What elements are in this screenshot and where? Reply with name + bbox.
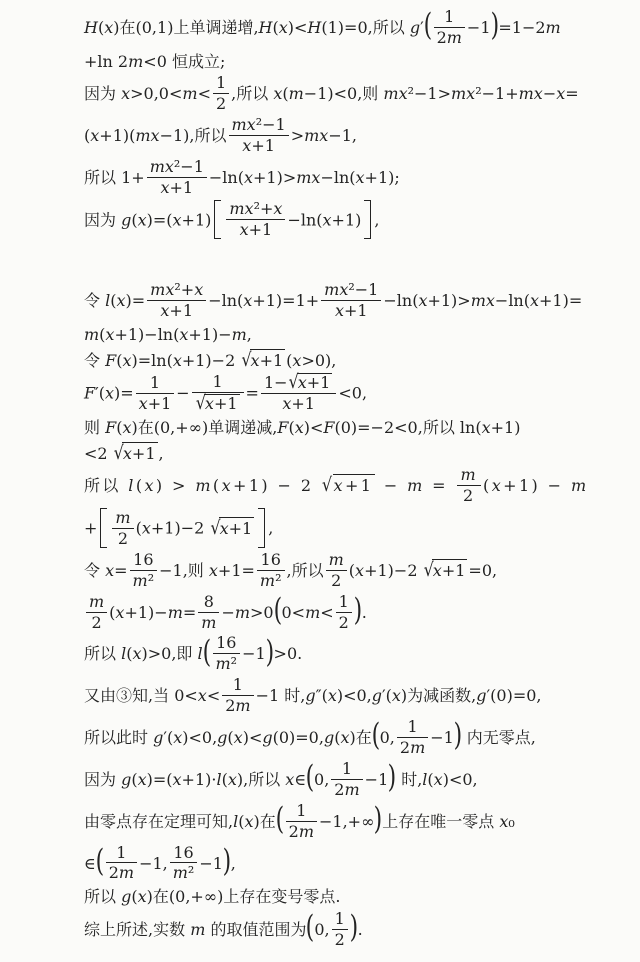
- math-text: 1: [233, 675, 243, 694]
- fraction: 12m: [397, 718, 428, 757]
- math-text: 2m: [225, 696, 250, 715]
- math-text: 1+: [121, 168, 145, 187]
- math-text: F(x)=: [105, 351, 151, 370]
- radical-sign: √: [289, 372, 299, 393]
- big-right-paren: ): [349, 913, 358, 943]
- big-left-paren: (: [202, 638, 211, 668]
- numerator: 1: [286, 802, 317, 822]
- big-left-paren: (: [273, 596, 282, 626]
- plain-text: 则: [362, 84, 383, 103]
- math-text: m: [89, 592, 104, 611]
- math-text: 1: [407, 717, 417, 736]
- math-text: ,: [268, 519, 273, 538]
- denominator: 2m: [331, 780, 362, 799]
- math-text: 0<m<: [281, 603, 333, 622]
- denominator: √x+1: [192, 393, 244, 413]
- math-text: g′(x)<0,g(x)<g(0)=0,g(x): [153, 728, 356, 747]
- numerator: 1: [222, 676, 253, 696]
- math-text: 2m: [437, 28, 462, 47]
- fraction: 16m²: [213, 634, 241, 673]
- math-text: F′(x)=: [84, 384, 134, 403]
- fraction: 1x+1: [136, 374, 175, 413]
- denominator: x+1: [136, 394, 175, 413]
- denominator: 2: [336, 613, 352, 632]
- math-text: 1: [335, 909, 345, 928]
- big-right-paren: ): [490, 11, 499, 41]
- math-text: 2: [335, 930, 345, 949]
- math-text: mx²−1: [324, 280, 378, 299]
- document-body: H(x)在(0,1)上单调递增,H(x)<H(1)=0,所以 g′(12m−1)…: [0, 0, 640, 962]
- denominator: 2m: [222, 696, 253, 715]
- math-text: 2: [91, 613, 101, 632]
- text-line: 则 F(x)在(0,+∞)单调递减,F(x)<F(0)=−2<0,所以 ln(x…: [84, 417, 600, 439]
- denominator: 2: [213, 94, 229, 113]
- numerator: mx²+x: [147, 281, 206, 301]
- numerator: 1: [332, 910, 348, 930]
- text-line: H(x)在(0,1)上单调递增,H(x)<H(1)=0,所以 g′(12m−1)…: [84, 9, 600, 48]
- big-right-bracket: [258, 508, 265, 548]
- math-text: =: [246, 384, 259, 403]
- fraction: 12: [332, 910, 348, 949]
- radicand: x+1: [219, 517, 255, 540]
- denominator: x+1: [321, 301, 381, 320]
- plain-text: 内无零点,: [462, 728, 536, 747]
- plain-text: 在: [356, 728, 372, 747]
- numerator: 1: [213, 74, 229, 94]
- big-right-bracket: [364, 200, 371, 240]
- math-text: (x+1)>mx−: [238, 168, 334, 187]
- big-right-paren: ): [223, 847, 232, 877]
- math-text: (x+1)>mx−: [412, 291, 508, 310]
- text-line: <2 √x+1,: [84, 442, 600, 465]
- plain-text: 因为: [84, 84, 121, 103]
- numerator: 16: [130, 551, 158, 571]
- math-text: F(x)<F(0)=−2<0,: [277, 418, 422, 437]
- square-root: √x+1: [241, 349, 285, 372]
- plain-text: 的取值范围为: [205, 920, 306, 939]
- denominator: 2: [112, 529, 133, 548]
- math-text: m(x+1)−: [84, 325, 158, 344]
- text-line: ∈(12m−1,16m²−1),: [84, 845, 600, 884]
- math-text: (x+1)=1+: [237, 291, 319, 310]
- denominator: m²: [170, 863, 198, 882]
- radical-sign: √: [210, 515, 220, 540]
- denominator: 2: [457, 486, 481, 505]
- math-text: m²: [260, 571, 282, 590]
- fraction: mx²−1x+1: [147, 158, 207, 197]
- math-text: −: [209, 168, 222, 187]
- fraction: 16m²: [170, 844, 198, 883]
- plain-text: 所以: [194, 126, 226, 145]
- math-text: x+1: [160, 301, 193, 320]
- math-text: x+1: [335, 301, 368, 320]
- big-right-paren: ): [353, 596, 362, 626]
- numerator: 16: [170, 844, 198, 864]
- math-text: 16: [216, 633, 236, 652]
- square-root: √x+1: [424, 559, 468, 582]
- math-text: g″(x)<0,g′(x): [305, 686, 407, 705]
- big-right-paren: ): [374, 805, 383, 835]
- text-line: 令 F(x)=ln(x+1)−2 √x+1(x>0),: [84, 349, 600, 372]
- math-text: 1: [216, 73, 226, 92]
- plain-text: 在: [260, 812, 276, 831]
- math-text: g′(0)=0,: [476, 686, 541, 705]
- radicand: x+1: [250, 349, 286, 372]
- math-text: m²: [173, 863, 195, 882]
- numerator: 1: [136, 374, 175, 394]
- fraction: 1−√x+1x+1: [261, 373, 336, 413]
- fraction: m2: [326, 551, 347, 590]
- math-text: x+1: [242, 136, 275, 155]
- fraction: mx²+xx+1: [147, 281, 206, 320]
- radical-sign: √: [424, 557, 434, 582]
- math-text: mx²−1: [232, 115, 286, 134]
- plain-text: 在: [153, 887, 169, 906]
- math-text: +: [84, 519, 97, 538]
- numerator: 8: [198, 593, 219, 613]
- denominator: 2: [326, 571, 347, 590]
- math-text: −1: [256, 686, 285, 705]
- plain-text: 在: [138, 418, 154, 437]
- plain-text: ln: [222, 168, 237, 187]
- math-text: +: [84, 52, 97, 71]
- math-text: 1: [296, 801, 306, 820]
- text-line: 由零点存在定理可知,l(x)在(12m−1,+∞)上存在唯一零点 x₀: [84, 803, 600, 842]
- math-text: l(x)=: [105, 291, 145, 310]
- fraction: 12: [213, 74, 229, 113]
- text-line: 令 l(x)=mx²+xx+1−ln(x+1)=1+mx²−1x+1−ln(x+…: [84, 282, 600, 321]
- math-text: −1: [199, 853, 223, 872]
- fraction: 12m: [222, 676, 253, 715]
- text-line: +ln 2m<0 恒成立;: [84, 51, 600, 73]
- math-text: .: [358, 920, 363, 939]
- plain-text: 上单调递增,: [173, 18, 258, 37]
- math-text: =1−2m: [498, 18, 560, 37]
- denominator: m²: [257, 571, 285, 590]
- math-text: − m =: [376, 476, 455, 495]
- math-text: −1: [467, 18, 491, 37]
- math-text: 2m: [400, 738, 425, 757]
- math-text: 2: [216, 94, 226, 113]
- math-text: (0,+∞): [154, 418, 208, 437]
- plain-text: 上存在变号零点.: [223, 887, 340, 906]
- math-text: 2: [331, 571, 341, 590]
- text-line: 因为 g(x)=(x+1)·l(x),所以 x∈(0,12m−1) 时,l(x)…: [84, 761, 600, 800]
- denominator: m: [198, 613, 219, 632]
- numerator: 1: [434, 8, 465, 28]
- plain-text: 为减函数,: [407, 686, 476, 705]
- math-text: 16: [261, 550, 281, 569]
- fraction: mx²+xx+1: [226, 200, 285, 239]
- denominator: 2: [332, 930, 348, 949]
- math-text: m: [460, 465, 478, 484]
- fraction: 12m: [331, 760, 362, 799]
- numerator: m: [112, 509, 133, 529]
- math-text: F(x): [105, 418, 138, 437]
- plain-text: 所以: [373, 18, 410, 37]
- math-text: m²: [216, 654, 238, 673]
- text-line: 所以 l(x) > m(x+1) − 2 √x+1 − m = m2(x+1) …: [84, 467, 600, 506]
- math-text: (x+1)−m=: [109, 603, 196, 622]
- denominator: m²: [130, 571, 158, 590]
- plain-text: 所以: [84, 644, 121, 663]
- math-text: ∈: [84, 853, 96, 872]
- plain-text: 由零点存在定理可知,: [84, 812, 233, 831]
- math-text: H(x): [84, 18, 119, 37]
- big-left-paren: (: [423, 11, 432, 41]
- math-text: m: [201, 613, 216, 632]
- square-root: √x+1: [289, 373, 333, 392]
- plain-text: 所以: [292, 561, 324, 580]
- plain-text: 所以: [248, 770, 285, 789]
- text-line: (x+1)(mx−1),所以mx²−1x+1>mx−1,: [84, 117, 600, 156]
- text-line: 又由③知,当 0<x<12m−1 时,g″(x)<0,g′(x)为减函数,g′(…: [84, 677, 600, 716]
- math-text: ,: [231, 853, 236, 872]
- plain-text: 因为: [84, 770, 121, 789]
- numerator: mx²+x: [226, 200, 285, 220]
- plain-text: 单调递减,: [208, 418, 277, 437]
- fraction: 8m: [198, 593, 219, 632]
- text-line: F′(x)=1x+1−1√x+1=1−√x+1x+1<0,: [84, 374, 600, 414]
- math-text: −: [287, 210, 300, 229]
- text-line: 因为 g(x)=(x+1)mx²+xx+1−ln(x+1),: [84, 201, 600, 241]
- big-right-paren: ): [453, 721, 462, 751]
- numerator: 1: [106, 844, 137, 864]
- math-text: −m>0: [221, 603, 273, 622]
- math-text: x+1: [160, 178, 193, 197]
- math-text: 2m<0: [118, 52, 172, 71]
- math-text: −1,+∞: [319, 812, 374, 831]
- text-line: m2(x+1)−m=8m−m>0(0<m<12).: [84, 594, 600, 633]
- math-text: (x+1): [316, 210, 361, 229]
- plain-text: 则: [84, 418, 105, 437]
- text-line: 所以此时 g′(x)<0,g(x)<g(0)=0,g(x)在(0,12m−1) …: [84, 719, 600, 758]
- math-text: (x+1)−2: [167, 351, 241, 370]
- plain-text: 综上所述,实数: [84, 920, 190, 939]
- denominator: x+1: [229, 136, 289, 155]
- math-text: −: [176, 384, 189, 403]
- math-text: mx²−1: [150, 157, 204, 176]
- plain-text: 则: [188, 561, 209, 580]
- math-text: ,: [159, 444, 164, 463]
- math-text: −1,: [159, 561, 188, 580]
- text-line: +m2(x+1)−2 √x+1,: [84, 509, 600, 549]
- numerator: 16: [257, 551, 285, 571]
- math-text: (0,1): [136, 18, 174, 37]
- math-text: m²: [133, 571, 155, 590]
- math-text: x+1=: [209, 561, 255, 580]
- math-text: −1: [430, 728, 454, 747]
- numerator: 1: [336, 593, 352, 613]
- big-right-paren: ): [388, 763, 397, 793]
- math-text: 2: [118, 529, 128, 548]
- plain-text: 所以: [84, 168, 121, 187]
- fraction: mx²−1x+1: [229, 116, 289, 155]
- math-text: x(m−1)<0,: [273, 84, 362, 103]
- math-text: 1−: [264, 373, 288, 392]
- text-line: 综上所述,实数 m 的取值范围为(0,12).: [84, 911, 600, 950]
- math-text: ,: [374, 210, 379, 229]
- fraction: 12m: [286, 802, 317, 841]
- math-text: x₀: [499, 812, 514, 831]
- math-text: <2: [84, 444, 113, 463]
- math-text: 0,: [314, 920, 329, 939]
- plain-text: 因为: [84, 210, 121, 229]
- plain-text: 时,: [396, 770, 422, 789]
- radical-sign: √: [196, 393, 206, 414]
- fraction: m2: [86, 593, 107, 632]
- fraction: 12m: [434, 8, 465, 47]
- fraction: 16m²: [257, 551, 285, 590]
- math-text: <0,: [338, 384, 367, 403]
- text-line: 因为 x>0,0<m<12,所以 x(m−1)<0,则 mx²−1>mx²−1+…: [84, 75, 600, 114]
- math-text: −: [208, 291, 221, 310]
- math-text: l(x): [233, 812, 260, 831]
- square-root: √x+1: [196, 394, 240, 413]
- plain-text: 时,: [284, 686, 305, 705]
- math-text: l(x)<0,: [422, 770, 477, 789]
- math-text: x+1: [282, 394, 315, 413]
- math-text: l(x) > m(x+1) − 2: [128, 476, 321, 495]
- radicand: x+1: [432, 559, 468, 582]
- math-text: (x+1)−2: [349, 561, 423, 580]
- math-text: mx²+x: [229, 199, 282, 218]
- plain-text: 令: [84, 351, 105, 370]
- math-text: l(x)>0,: [121, 644, 176, 663]
- denominator: 2m: [397, 738, 428, 757]
- denominator: 2m: [434, 28, 465, 47]
- math-text: (x+1)−m,: [173, 325, 252, 344]
- numerator: mx²−1: [229, 116, 289, 136]
- numerator: 1: [331, 760, 362, 780]
- plain-text: 令: [84, 291, 105, 310]
- math-text: 1: [339, 592, 349, 611]
- fraction: 12m: [106, 844, 137, 883]
- math-text: −: [383, 291, 396, 310]
- plain-text: 上存在唯一零点: [382, 812, 499, 831]
- radical-sign: √: [322, 472, 335, 497]
- numerator: m: [326, 551, 347, 571]
- math-text: −1: [242, 644, 266, 663]
- plain-text: 在: [119, 18, 135, 37]
- fraction: m2: [112, 509, 133, 548]
- fraction: 1√x+1: [192, 373, 244, 413]
- math-text: H(x)<H(1)=0,: [259, 18, 373, 37]
- math-text: (x+1)=: [524, 291, 583, 310]
- big-left-bracket: [214, 200, 221, 240]
- math-text: x>0,0<m<: [121, 84, 211, 103]
- math-text: 0,: [380, 728, 395, 747]
- math-text: x=: [105, 561, 127, 580]
- plain-text: 又由③知,当: [84, 686, 174, 705]
- denominator: 2m: [106, 863, 137, 882]
- plain-text: 即: [176, 644, 197, 663]
- fraction: m2: [457, 466, 481, 505]
- plain-text: ln: [301, 210, 316, 229]
- math-text: 2: [339, 613, 349, 632]
- math-text: 2m: [109, 863, 134, 882]
- math-text: mx²+x: [150, 280, 203, 299]
- plain-text: ln: [151, 351, 166, 370]
- plain-text: 所以: [84, 476, 128, 495]
- math-text: >0.: [274, 644, 303, 663]
- numerator: 1: [397, 718, 428, 738]
- plain-text: ln: [158, 325, 173, 344]
- square-root: √x+1: [114, 442, 158, 465]
- denominator: 2m: [286, 822, 317, 841]
- denominator: x+1: [226, 220, 285, 239]
- square-root: √x+1: [210, 517, 254, 540]
- text-line: 所以 1+mx²−1x+1−ln(x+1)>mx−ln(x+1);: [84, 159, 600, 198]
- math-text: 2m: [334, 780, 359, 799]
- plain-text: ln: [222, 291, 237, 310]
- math-text: 1: [444, 7, 454, 26]
- math-text: mx²−1>mx²−1+mx−x=: [383, 84, 578, 103]
- big-left-paren: (: [306, 913, 315, 943]
- big-right-paren: ): [265, 638, 274, 668]
- math-text: 1: [116, 843, 126, 862]
- big-left-paren: (: [275, 805, 284, 835]
- text-line: m(x+1)−ln(x+1)−m,: [84, 324, 600, 346]
- text-line: 所以 l(x)>0,即 l(16m²−1)>0.: [84, 635, 600, 674]
- radical-sign: √: [241, 347, 251, 372]
- plain-text: 所以 ln: [423, 418, 476, 437]
- math-text: x+1: [139, 394, 172, 413]
- radicand: x+1: [333, 474, 376, 497]
- denominator: m²: [213, 654, 241, 673]
- plain-text: 所以: [84, 887, 121, 906]
- math-text: (x+1);: [349, 168, 400, 187]
- numerator: mx²−1: [321, 281, 381, 301]
- plain-text: 所以此时: [84, 728, 153, 747]
- denominator: 2: [86, 613, 107, 632]
- math-text: 0,: [314, 770, 329, 789]
- plain-text: 所以: [236, 84, 273, 103]
- radicand: x+1: [204, 394, 240, 413]
- math-text: m: [115, 508, 130, 527]
- numerator: mx²−1: [147, 158, 207, 178]
- math-text: (x+1): [475, 418, 520, 437]
- numerator: 16: [213, 634, 241, 654]
- big-left-paren: (: [371, 721, 380, 751]
- math-text: (x+1)−2: [136, 519, 210, 538]
- denominator: x+1: [261, 394, 336, 413]
- fraction: 16m²: [130, 551, 158, 590]
- math-text: .: [362, 603, 367, 622]
- radical-sign: √: [114, 440, 124, 465]
- math-text: 2: [463, 486, 476, 505]
- math-text: g(x)=(x+1)·l(x),: [121, 770, 248, 789]
- math-text: 0<x<: [174, 686, 220, 705]
- plain-text: ln: [97, 52, 118, 71]
- math-text: 1: [213, 372, 223, 391]
- math-text: 1: [342, 759, 352, 778]
- math-text: m: [190, 920, 205, 939]
- math-text: g(x)=(x+1): [121, 210, 211, 229]
- plain-text: 令: [84, 561, 105, 580]
- math-text: m: [329, 550, 344, 569]
- plain-text: ln: [334, 168, 349, 187]
- fraction: mx²−1x+1: [321, 281, 381, 320]
- numerator: m: [457, 466, 481, 486]
- numerator: 1−√x+1: [261, 373, 336, 394]
- denominator: x+1: [147, 178, 207, 197]
- fraction: 12: [336, 593, 352, 632]
- square-root: √x+1: [322, 474, 375, 497]
- math-text: 16: [173, 843, 193, 862]
- big-left-bracket: [100, 508, 107, 548]
- math-text: (x+1) − m: [483, 476, 588, 495]
